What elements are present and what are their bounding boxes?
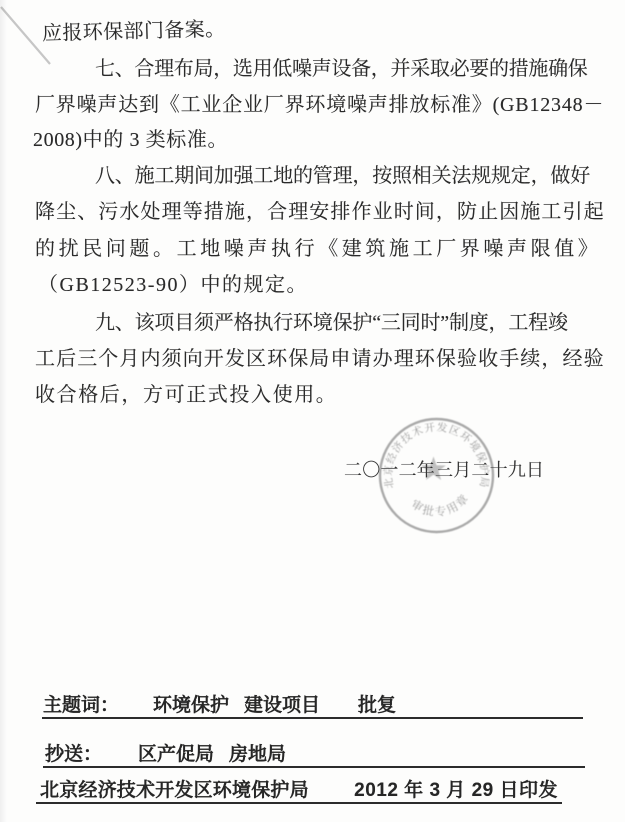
subject-term: 环境保护	[153, 690, 229, 717]
cc-label: 抄送：	[45, 739, 102, 766]
seal-bottom-text: 审批专用章	[407, 489, 474, 522]
body-line: 收合格后，方可正式投入使用。	[35, 383, 337, 407]
issuer-row: 北京经济技术开发区环境保护局 2012 年 3 月 29 日印发	[36, 777, 562, 804]
body-line: 八、施工期间加强工地的管理，按照相关法规规定，做好	[95, 164, 590, 188]
body-line: 九、该项目须严格执行环境保护“三同时”制度，工程竣	[95, 311, 568, 335]
svg-text:审批专用章: 审批专用章	[407, 489, 474, 522]
subject-label: 主题词：	[43, 690, 119, 717]
signature-date: 二〇一二年三月二十九日	[344, 456, 544, 482]
body-line: 应报环保部门备案。	[42, 18, 226, 46]
subject-terms-row: 主题词： 环境保护 建设项目 批复	[42, 691, 583, 719]
body-line: 七、合理布局，选用低噪声设备，并采取必要的措施确保	[95, 57, 588, 81]
cc-target: 区产促局	[138, 739, 214, 766]
body-line: 降尘、污水处理等措施，合理安排作业时间，防止因施工引起	[35, 200, 605, 224]
scanned-document-page: 应报环保部门备案。 七、合理布局，选用低噪声设备，并采取必要的措施确保 厂界噪声…	[0, 0, 625, 822]
subject-term: 批复	[358, 690, 396, 717]
scan-artifact-line	[0, 0, 62, 72]
body-line: （GB12523-90）中的规定。	[38, 273, 308, 297]
cc-target: 房地局	[229, 739, 286, 766]
body-line: 工后三个月内须向开发区环保局申请办理环保验收手续，经验	[35, 347, 605, 371]
body-line: 厂界噪声达到《工业企业厂界环境噪声排放标准》(GB12348－	[35, 93, 604, 117]
issuing-agency: 北京经济技术开发区环境保护局	[40, 775, 309, 802]
body-line: 2008)中的 3 类标准。	[33, 128, 228, 152]
body-line: 的扰民问题。工地噪声执行《建筑施工厂界噪声限值》	[35, 237, 601, 261]
subject-term: 建设项目	[244, 690, 320, 717]
print-date: 2012 年 3 月 29 日印发	[354, 775, 558, 802]
cc-row: 抄送： 区产促局 房地局	[43, 740, 585, 768]
